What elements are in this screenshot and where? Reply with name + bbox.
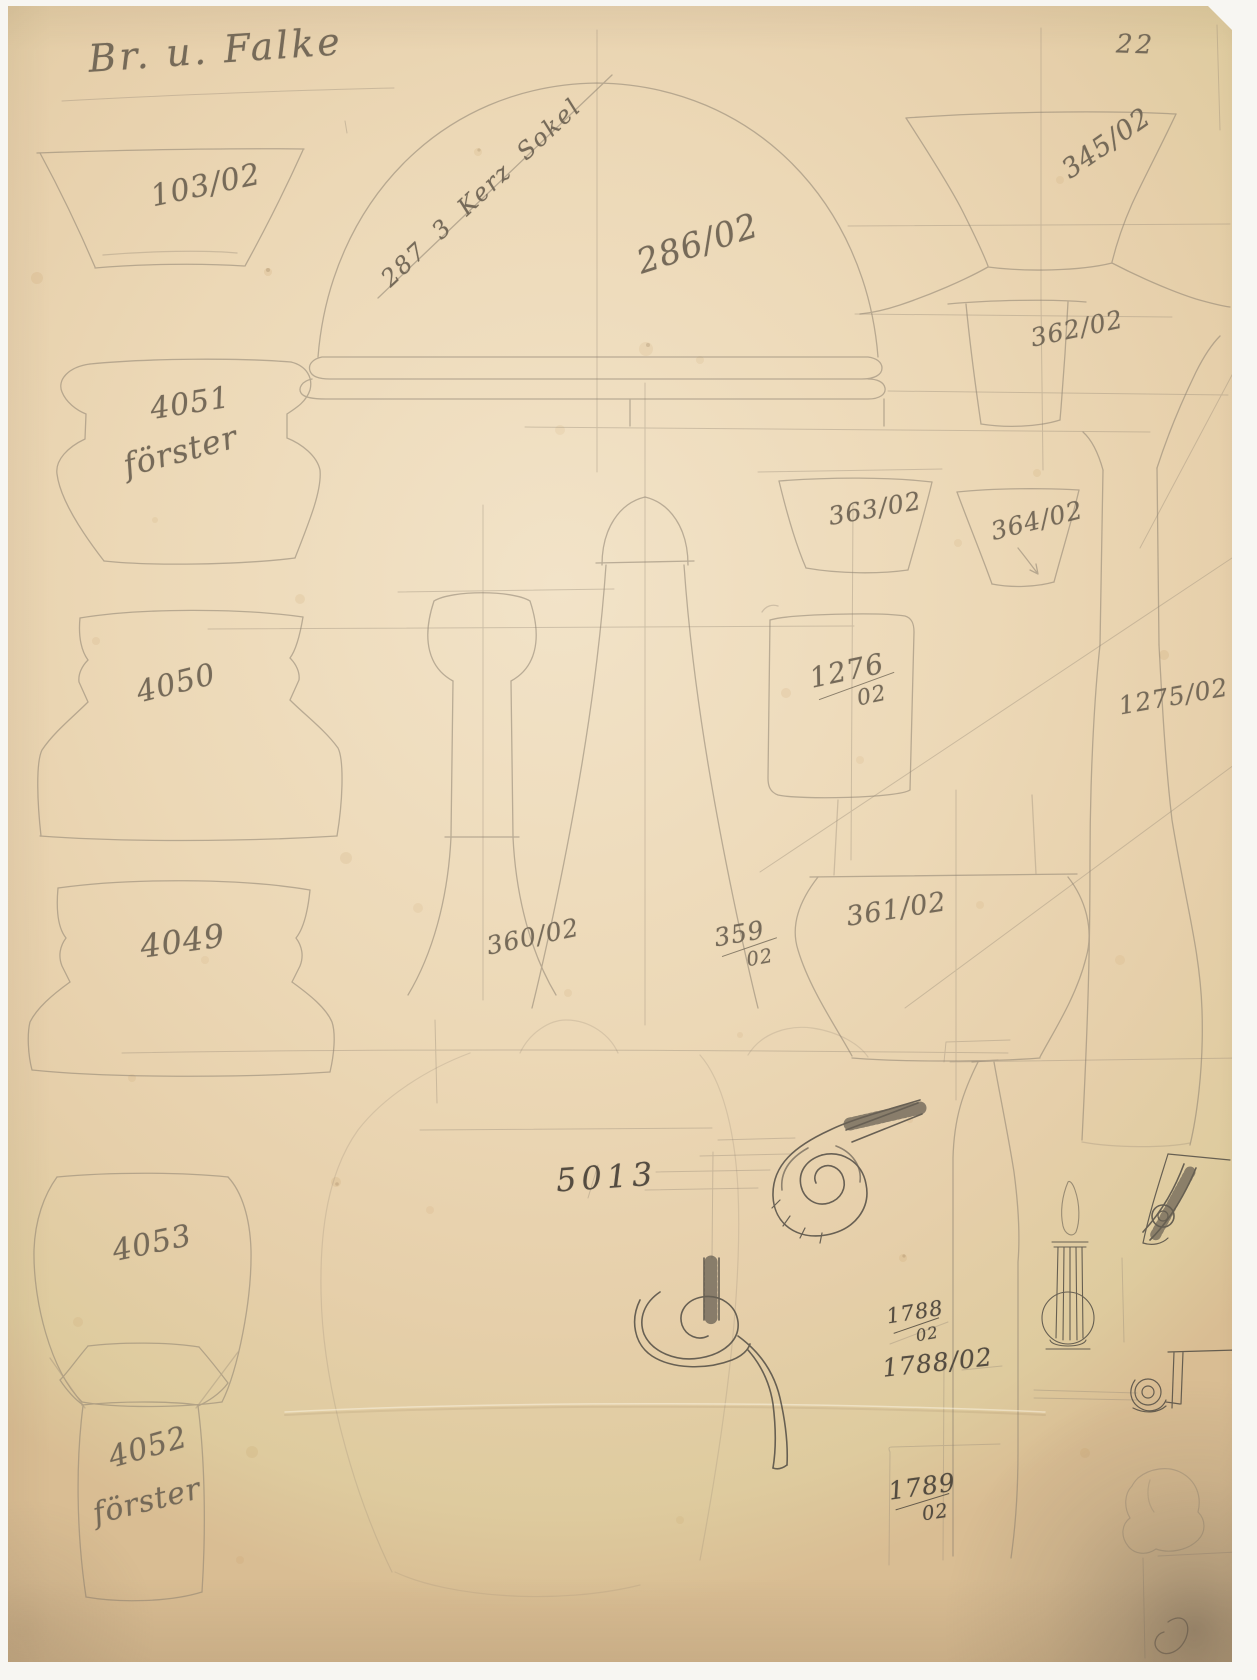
label-1788-small-denominator: 02 (915, 1325, 940, 1345)
label-vase-4053: 4053 (109, 1218, 195, 1269)
label-baluster-360: 360/02 (484, 913, 582, 961)
label-bottle-1275: 1275/02 (1116, 673, 1230, 721)
label-urn-4051-note: förster (119, 418, 242, 485)
label-vase-4052-note: förster (89, 1471, 204, 1532)
label-vase-4049: 4049 (138, 916, 228, 966)
handwritten-annotations: Br. u. Falke 22 103/02 4051 förster 4050… (0, 0, 1257, 1680)
page-number: 22 (1115, 29, 1155, 60)
label-cup-364: 364/02 (988, 495, 1086, 546)
label-note-1788-small: 1788 02 (885, 1298, 948, 1349)
label-vase-4052: 4052 (105, 1420, 192, 1476)
label-cup-362: 362/02 (1028, 305, 1126, 353)
label-dome-286: 286/02 (632, 206, 764, 283)
label-sokel-note: 287 3 Kerz Sokel (375, 92, 586, 292)
label-box-1789: 1789 02 (887, 1470, 961, 1528)
sketchbook-page: Br. u. Falke 22 103/02 4051 förster 4050… (8, 6, 1232, 1662)
label-bowl-103: 103/02 (148, 157, 264, 214)
label-1276-denominator: 02 (855, 683, 889, 711)
label-359-denominator: 02 (745, 946, 775, 970)
label-baluster-361: 361/02 (844, 886, 949, 932)
label-baluster-359: 359 02 (712, 915, 782, 975)
label-sketch-5013: 5013 (555, 1155, 659, 1200)
page-title: Br. u. Falke (87, 19, 344, 81)
label-box-1276: 1276 02 (807, 648, 901, 719)
label-cup-363: 363/02 (826, 486, 924, 531)
label-bowl-345: 345/02 (1056, 102, 1157, 185)
label-1789-denominator: 02 (921, 1501, 950, 1524)
label-note-1788: 1788/02 (881, 1342, 994, 1382)
label-vase-4050: 4050 (133, 657, 219, 710)
